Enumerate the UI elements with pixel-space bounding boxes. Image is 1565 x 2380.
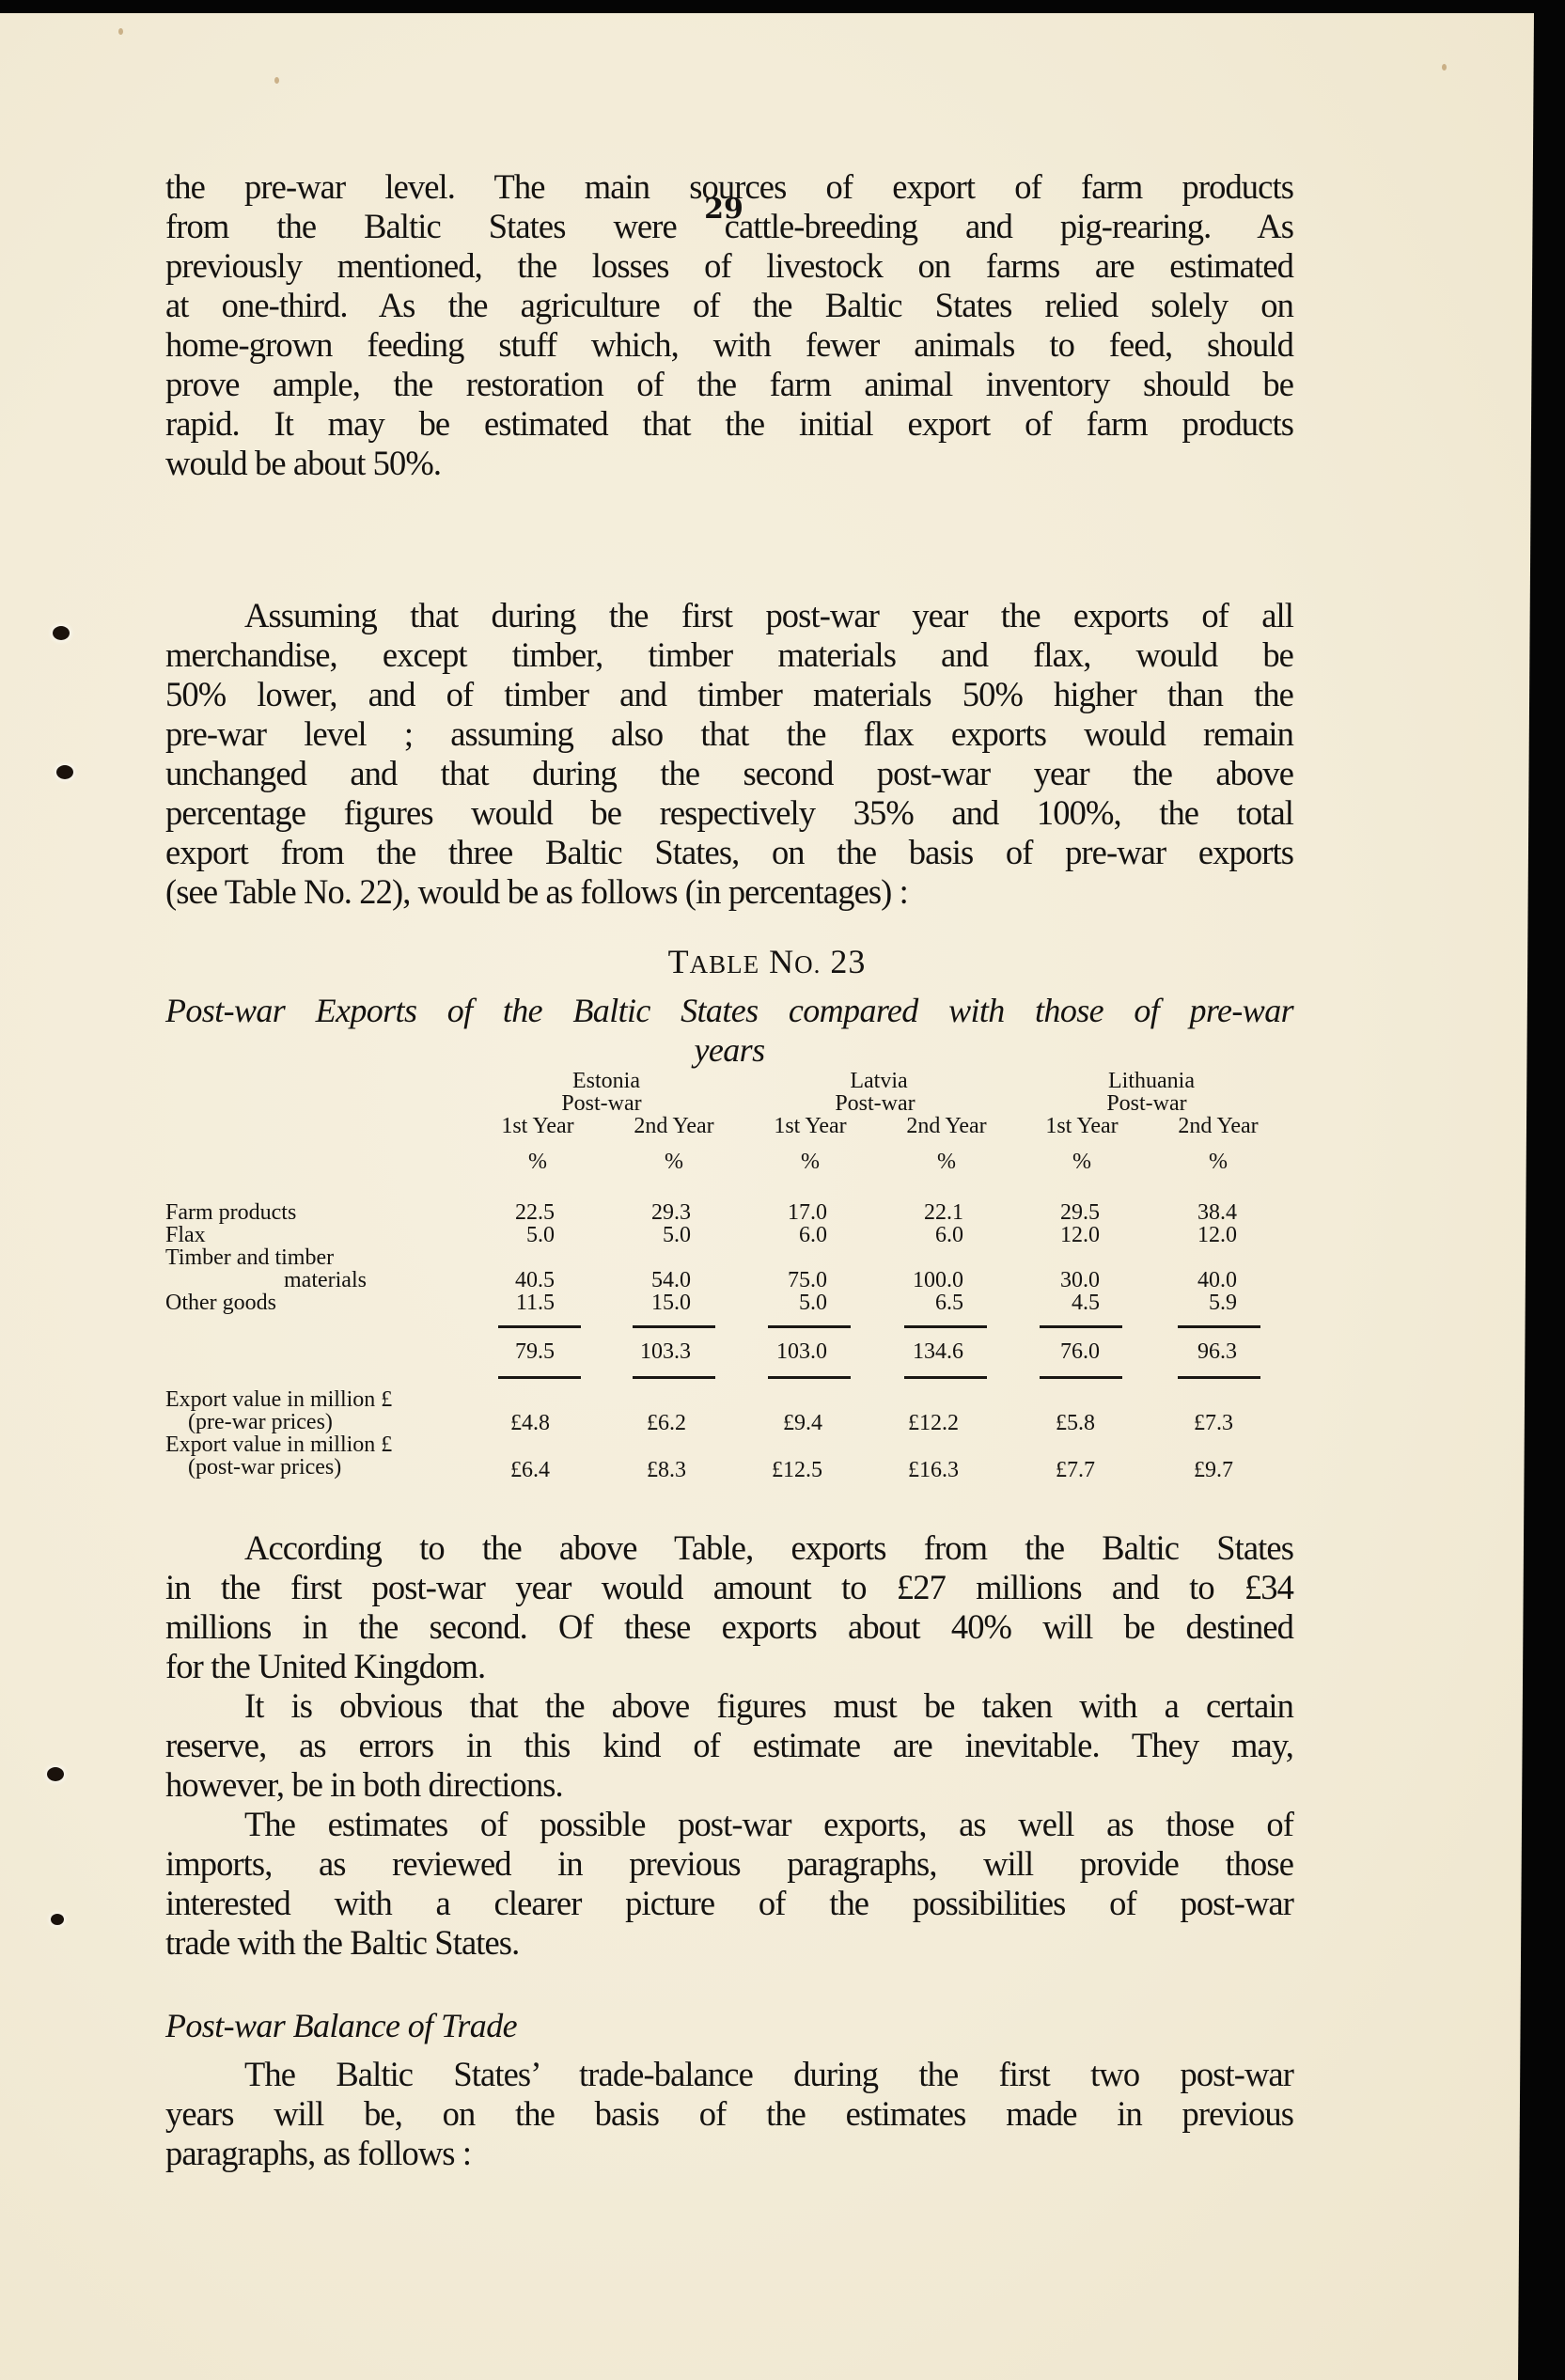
country-header: Estonia — [536, 1070, 677, 1093]
row-label: (pre-war prices) — [188, 1411, 333, 1434]
paragraph: Assuming that during the first post-war … — [165, 596, 1293, 912]
caption-line: Post-war Exports of the Baltic States co… — [165, 991, 1293, 1030]
paper-speck — [274, 77, 279, 84]
table-cell: 5.0 — [479, 1224, 555, 1247]
table-cell: £9.4 — [747, 1412, 822, 1435]
text-line: for the United Kingdom. — [165, 1647, 1293, 1686]
table-cell: 5.0 — [616, 1224, 691, 1247]
binding-hole-icon — [53, 626, 70, 640]
table-rule — [904, 1325, 987, 1328]
row-label: (post-war prices) — [188, 1456, 341, 1480]
text-line: (see Table No. 22), would be as follows … — [165, 872, 1293, 912]
country-header: Lithuania — [1081, 1070, 1222, 1093]
table-cell: 29.3 — [616, 1201, 691, 1225]
text-line: paragraphs, as follows : — [165, 2134, 1293, 2173]
table-rule — [1040, 1376, 1122, 1379]
table-cell: 5.0 — [752, 1292, 827, 1315]
table-cell: £12.2 — [884, 1412, 959, 1435]
scanned-page: 29 the pre-war level. The main sources o… — [0, 13, 1534, 2380]
table-rule — [1178, 1376, 1260, 1379]
unit-label: % — [1148, 1151, 1289, 1174]
table-cell: 30.0 — [1025, 1269, 1100, 1292]
table-rule — [498, 1376, 581, 1379]
table-caption: Post-war Exports of the Baltic States co… — [165, 991, 1293, 1070]
table-cell: £7.7 — [1020, 1459, 1095, 1482]
table-cell: 15.0 — [616, 1292, 691, 1315]
text-line: imports, as reviewed in previous paragra… — [165, 1844, 1293, 1884]
year-header: 2nd Year — [1148, 1115, 1289, 1138]
paragraph: the pre-war level. The main sources of e… — [165, 167, 1293, 483]
text-line: 50% lower, and of timber and timber mate… — [165, 675, 1293, 714]
table-rule — [768, 1325, 851, 1328]
table-cell: 6.0 — [888, 1224, 963, 1247]
text-line: According to the above Table, exports fr… — [165, 1528, 1293, 1568]
table-cell: 4.5 — [1025, 1292, 1100, 1315]
subheader: Post-war — [531, 1092, 672, 1116]
table-rule — [1178, 1325, 1260, 1328]
table-cell: 12.0 — [1162, 1224, 1237, 1247]
table-cell: 75.0 — [752, 1269, 827, 1292]
subheader: Post-war — [805, 1092, 946, 1116]
text-line: The estimates of possible post-war expor… — [165, 1805, 1293, 1844]
caption-line: years — [695, 1031, 765, 1069]
table-cell: £6.4 — [475, 1459, 550, 1482]
text-line: prove ample, the restoration of the farm… — [165, 365, 1293, 404]
row-label: Other goods — [165, 1292, 276, 1315]
table-cell: 29.5 — [1025, 1201, 1100, 1225]
text-line: Assuming that during the first post-war … — [165, 596, 1293, 635]
binding-hole-icon — [51, 1914, 64, 1925]
text-line: years will be, on the basis of the estim… — [165, 2094, 1293, 2134]
table-rule — [904, 1376, 987, 1379]
country-header: Latvia — [808, 1070, 949, 1093]
table-cell: 12.0 — [1025, 1224, 1100, 1247]
table-cell: £6.2 — [611, 1412, 686, 1435]
text-line: home-grown feeding stuff which, with few… — [165, 325, 1293, 365]
text-line: would be about 50%. — [165, 444, 1293, 483]
row-label: Flax — [165, 1224, 206, 1247]
paragraph: The Baltic States’ trade-balance during … — [165, 2055, 1293, 2173]
subheader: Post-war — [1076, 1092, 1217, 1116]
table-cell: £4.8 — [475, 1412, 550, 1435]
text-line: however, be in both directions. — [165, 1765, 1293, 1805]
unit-label: % — [1011, 1151, 1152, 1174]
text-line: millions in the second. Of these exports… — [165, 1607, 1293, 1647]
text-line: reserve, as errors in this kind of estim… — [165, 1726, 1293, 1765]
table-rule — [633, 1376, 715, 1379]
table-total-cell: 96.3 — [1162, 1340, 1237, 1364]
paper-speck — [118, 28, 123, 35]
year-header: 2nd Year — [876, 1115, 1017, 1138]
section-heading: Post-war Balance of Trade — [165, 2006, 517, 2045]
table-cell: 100.0 — [888, 1269, 963, 1292]
table-cell: 22.1 — [888, 1201, 963, 1225]
text-line: the pre-war level. The main sources of e… — [165, 167, 1293, 207]
table-cell: 38.4 — [1162, 1201, 1237, 1225]
table-cell: 5.9 — [1162, 1292, 1237, 1315]
paragraph: According to the above Table, exports fr… — [165, 1528, 1293, 1686]
row-label: Timber and timber — [165, 1246, 334, 1270]
text-line: from the Baltic States were cattle-breed… — [165, 207, 1293, 246]
paragraph: The estimates of possible post-war expor… — [165, 1805, 1293, 1963]
table-cell: £16.3 — [884, 1459, 959, 1482]
table-cell: £12.5 — [747, 1459, 822, 1482]
text-line: merchandise, except timber, timber mater… — [165, 635, 1293, 675]
text-line: export from the three Baltic States, on … — [165, 833, 1293, 872]
text-line: percentage figures would be respectively… — [165, 793, 1293, 833]
paper-speck — [1442, 64, 1447, 70]
text-line: in the first post-war year would amount … — [165, 1568, 1293, 1607]
table-cell: 54.0 — [616, 1269, 691, 1292]
table-rule — [633, 1325, 715, 1328]
year-header: 1st Year — [740, 1115, 881, 1138]
binding-hole-icon — [56, 765, 73, 779]
table-total-cell: 103.3 — [616, 1340, 691, 1364]
paragraph: It is obvious that the above figures mus… — [165, 1686, 1293, 1805]
year-header: 1st Year — [467, 1115, 608, 1138]
row-label: Export value in million £ — [165, 1433, 392, 1457]
table-cell: 17.0 — [752, 1201, 827, 1225]
table-cell: £9.7 — [1158, 1459, 1233, 1482]
table-total-cell: 79.5 — [479, 1340, 555, 1364]
table-rule — [1040, 1325, 1122, 1328]
table-total-cell: 76.0 — [1025, 1340, 1100, 1364]
unit-label: % — [467, 1151, 608, 1174]
unit-label: % — [740, 1151, 881, 1174]
text-line: The Baltic States’ trade-balance during … — [165, 2055, 1293, 2094]
binding-hole-icon — [47, 1767, 64, 1781]
table-total-cell: 103.0 — [752, 1340, 827, 1364]
text-line: trade with the Baltic States. — [165, 1923, 1293, 1963]
table-rule — [498, 1325, 581, 1328]
text-line: at one-third. As the agriculture of the … — [165, 286, 1293, 325]
table-number: TABLE NO. 23 — [0, 942, 1534, 981]
table-cell: 11.5 — [479, 1292, 555, 1315]
table-cell: 6.5 — [888, 1292, 963, 1315]
text-line: It is obvious that the above figures mus… — [165, 1686, 1293, 1726]
row-label: materials — [284, 1269, 367, 1292]
table-cell: £8.3 — [611, 1459, 686, 1482]
text-line: pre-war level ; assuming also that the f… — [165, 714, 1293, 754]
table-cell: £7.3 — [1158, 1412, 1233, 1435]
table-total-cell: 134.6 — [888, 1340, 963, 1364]
text-line: rapid. It may be estimated that the init… — [165, 404, 1293, 444]
table-rule — [768, 1376, 851, 1379]
table-cell: £5.8 — [1020, 1412, 1095, 1435]
unit-label: % — [876, 1151, 1017, 1174]
row-label: Export value in million £ — [165, 1388, 392, 1412]
table-cell: 22.5 — [479, 1201, 555, 1225]
text-line: unchanged and that during the second pos… — [165, 754, 1293, 793]
year-header: 2nd Year — [603, 1115, 744, 1138]
table-cell: 6.0 — [752, 1224, 827, 1247]
text-line: previously mentioned, the losses of live… — [165, 246, 1293, 286]
unit-label: % — [603, 1151, 744, 1174]
row-label: Farm products — [165, 1201, 296, 1225]
year-header: 1st Year — [1011, 1115, 1152, 1138]
table-cell: 40.0 — [1162, 1269, 1237, 1292]
table-cell: 40.5 — [479, 1269, 555, 1292]
text-line: interested with a clearer picture of the… — [165, 1884, 1293, 1923]
